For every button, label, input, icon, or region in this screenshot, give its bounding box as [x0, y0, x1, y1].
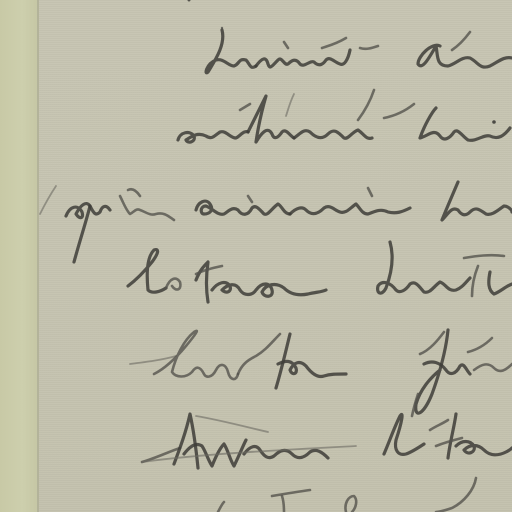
- line-2: [178, 90, 510, 142]
- handwriting: [0, 0, 512, 512]
- line-1: [206, 30, 512, 73]
- line-7: [218, 478, 476, 512]
- line-6: [142, 394, 512, 468]
- line-5: [130, 330, 512, 413]
- line-4: [128, 242, 512, 302]
- line-3: [40, 182, 512, 262]
